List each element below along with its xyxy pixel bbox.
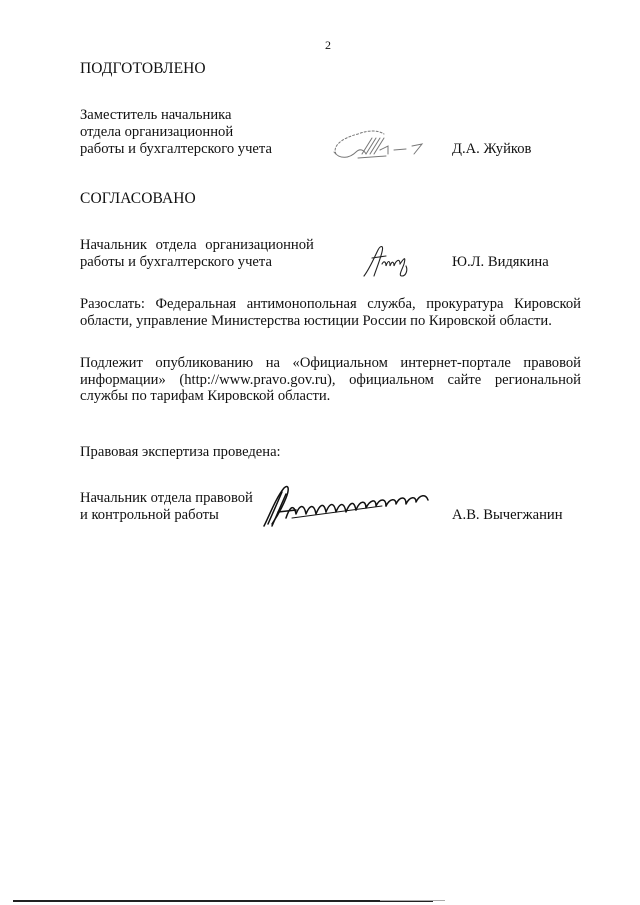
legal-review-signature-icon xyxy=(262,484,442,528)
prepared-position-line-3: работы и бухгалтерского учета xyxy=(80,141,272,158)
legal-review-heading: Правовая экспертиза проведена: xyxy=(80,444,281,461)
legal-review-name: А.В. Вычегжанин xyxy=(452,507,563,524)
distribution-text: Разослать: Федеральная антимонопольная с… xyxy=(80,296,581,329)
legal-review-position-line-2: и контрольной работы xyxy=(80,507,219,524)
bottom-divider xyxy=(13,900,433,902)
page-number: 2 xyxy=(0,37,640,54)
prepared-signature-icon xyxy=(328,124,438,164)
prepared-position-line-1: Заместитель начальника xyxy=(80,107,232,124)
legal-review-position-line-1: Начальник отдела правовой xyxy=(80,490,253,507)
bottom-divider-tail xyxy=(380,900,445,901)
agreed-name: Ю.Л. Видякина xyxy=(452,254,549,271)
agreed-heading: СОГЛАСОВАНО xyxy=(80,191,196,208)
agreed-position-line-1: Начальник отдела организационной xyxy=(80,237,314,254)
prepared-name: Д.А. Жуйков xyxy=(452,141,531,158)
publication-text: Подлежит опубликованию на «Официальном и… xyxy=(80,355,581,405)
prepared-heading: ПОДГОТОВЛЕНО xyxy=(80,61,206,78)
agreed-signature-icon xyxy=(360,240,420,280)
agreed-position-line-2: работы и бухгалтерского учета xyxy=(80,254,272,271)
prepared-position-line-2: отдела организационной xyxy=(80,124,233,141)
